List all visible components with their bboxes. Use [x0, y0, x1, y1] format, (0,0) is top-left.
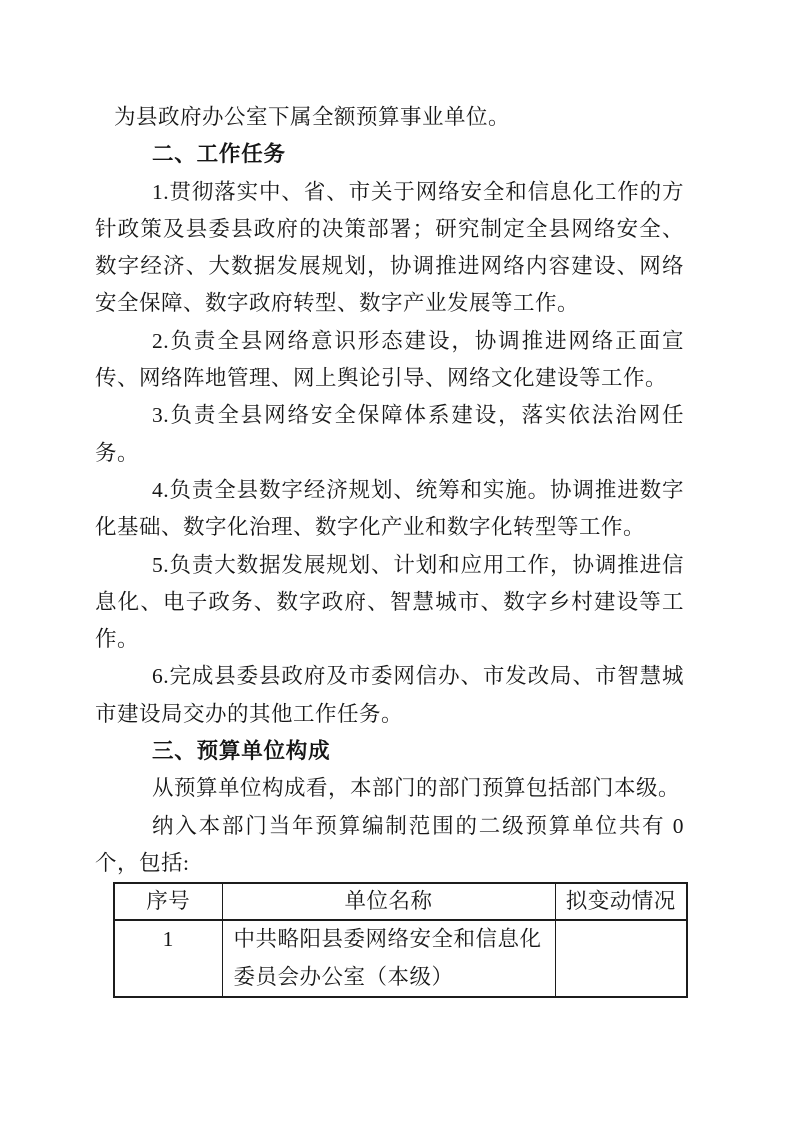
table-row: 1 中共略阳县委网络安全和信息化委员会办公室（本级） — [114, 920, 687, 997]
table-header-change-status: 拟变动情况 — [555, 883, 687, 920]
paragraph-task-5: 5.负责大数据发展规划、计划和应用工作，协调推进信息化、电子政务、数字政府、智慧… — [95, 547, 684, 659]
budget-units-table: 序号 单位名称 拟变动情况 1 中共略阳县委网络安全和信息化委员会办公室（本级） — [113, 882, 688, 998]
cell-index: 1 — [114, 920, 222, 997]
table-header-index: 序号 — [114, 883, 222, 920]
paragraph-budget-composition: 从预算单位构成看，本部门的部门预算包括部门本级。 — [95, 770, 684, 807]
cell-change-status — [555, 920, 687, 997]
table-header-unit-name: 单位名称 — [222, 883, 555, 920]
paragraph-task-2: 2.负责全县网络意识形态建设，协调推进网络正面宣传、网络阵地管理、网上舆论引导、… — [95, 323, 684, 398]
paragraph-task-4: 4.负责全县数字经济规划、统筹和实施。协调推进数字化基础、数字化治理、数字化产业… — [95, 472, 684, 547]
cell-unit-name: 中共略阳县委网络安全和信息化委员会办公室（本级） — [222, 920, 555, 997]
section-heading-work-tasks: 二、工作任务 — [95, 136, 684, 173]
table-header-row: 序号 单位名称 拟变动情况 — [114, 883, 687, 920]
document-page: 为县政府办公室下属全额预算事业单位。 二、工作任务 1.贯彻落实中、省、市关于网… — [0, 0, 793, 1122]
paragraph-continuation: 为县政府办公室下属全额预算事业单位。 — [95, 99, 684, 136]
document-body: 为县政府办公室下属全额预算事业单位。 二、工作任务 1.贯彻落实中、省、市关于网… — [95, 0, 684, 998]
paragraph-task-3: 3.负责全县网络安全保障体系建设，落实依法治网任务。 — [95, 397, 684, 472]
paragraph-secondary-units-count: 纳入本部门当年预算编制范围的二级预算单位共有 0 个，包括: — [95, 808, 684, 883]
paragraph-task-1: 1.贯彻落实中、省、市关于网络安全和信息化工作的方针政策及县委县政府的决策部署；… — [95, 174, 684, 323]
paragraph-task-6: 6.完成县委县政府及市委网信办、市发改局、市智慧城市建设局交办的其他工作任务。 — [95, 658, 684, 733]
section-heading-budget-units: 三、预算单位构成 — [95, 733, 684, 770]
